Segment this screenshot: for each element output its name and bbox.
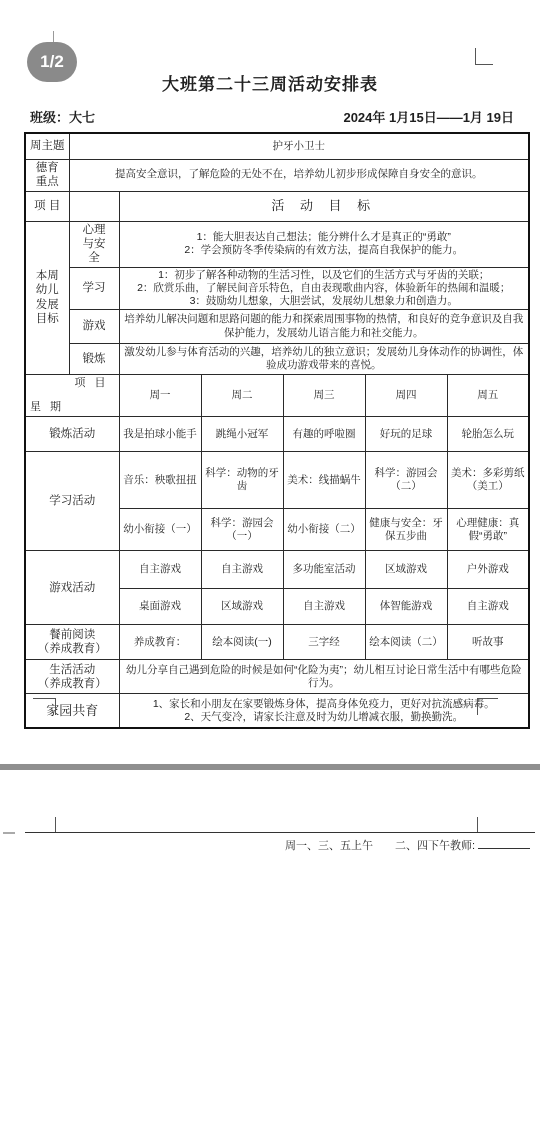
teacher-note-text: 周一、三、五上午 二、四下午教师: bbox=[285, 840, 475, 852]
learning2-cell-mon: 幼小衔接（一） bbox=[119, 509, 201, 551]
table-row: 德育 重点 提高安全意识，了解危险的无处不在，培养幼儿初步形成保障自身安全的意识… bbox=[25, 159, 529, 191]
pre-meal-reading-label: 餐前阅读 （养成教育） bbox=[25, 625, 119, 660]
page-indicator-badge: 1/2 bbox=[27, 42, 77, 82]
teacher-note: 周一、三、五上午 二、四下午教师: bbox=[285, 836, 530, 853]
games2-cell-wed: 自主游戏 bbox=[283, 589, 365, 625]
learning1-cell-mon: 音乐：秧歌扭扭 bbox=[119, 452, 201, 509]
table-row: 学习 1：初步了解各种动物的生活习性，以及它们的生活方式与牙齿的关联； 2：欣赏… bbox=[25, 267, 529, 309]
document-title: 大班第二十三周活动安排表 bbox=[0, 0, 540, 95]
corner-mark-top-right bbox=[475, 48, 493, 65]
margin-tick-right bbox=[477, 817, 478, 832]
home-cooperation-value: 1、家长和小朋友在家要锻炼身体，提高身体免疫力，更好对抗流感病毒。 2、天气变冷… bbox=[119, 694, 529, 728]
corner-mark-bottom-right bbox=[477, 698, 498, 715]
goal-category-games: 游戏 bbox=[69, 310, 119, 344]
goal-category-learning: 学习 bbox=[69, 267, 119, 309]
moral-focus-label: 德育 重点 bbox=[25, 159, 69, 191]
table-row: 餐前阅读 （养成教育） 养成教育： 绘本阅读(一) 三字经 绘本阅读（二） 听故… bbox=[25, 625, 529, 660]
reading-cell-mon: 养成教育： bbox=[119, 625, 201, 660]
date-range: 2024年 1月15日——1月 19日 bbox=[343, 107, 514, 126]
margin-tick-left bbox=[55, 817, 56, 832]
day-header-thursday: 周四 bbox=[365, 375, 447, 417]
life-activity-value: 幼儿分享自己遇到危险的时候是如何“化险为夷”；幼儿相互讨论日常生活中有哪些危险行… bbox=[119, 660, 529, 694]
life-activity-label: 生活活动 （养成教育） bbox=[25, 660, 119, 694]
games1-cell-fri: 户外游戏 bbox=[447, 551, 529, 589]
day-header-monday: 周一 bbox=[119, 375, 201, 417]
activity-goals-header: 活 动 目 标 bbox=[119, 191, 529, 221]
document-page-1: 1/2 大班第二十三周活动安排表 班级：大七 2024年 1月15日——1月 1… bbox=[0, 0, 540, 764]
exercise-cell-fri: 轮胎怎么玩 bbox=[447, 417, 529, 452]
learning2-cell-tue: 科学：游园会（一） bbox=[201, 509, 283, 551]
exercise-cell-mon: 我是拍球小能手 bbox=[119, 417, 201, 452]
goal-category-psych-safety: 心理 与安 全 bbox=[69, 221, 119, 267]
table-row: 周主题 护牙小卫士 bbox=[25, 133, 529, 159]
goal-content-psych-safety: 1：能大胆表达自己想法；能分辨什么才是真正的“勇敢” 2：学会预防冬季传染病的有… bbox=[119, 221, 529, 267]
learning2-cell-wed: 幼小衔接（二） bbox=[283, 509, 365, 551]
week-theme-label: 周主题 bbox=[25, 133, 69, 159]
games2-cell-tue: 区域游戏 bbox=[201, 589, 283, 625]
goal-category-exercise: 锻炼 bbox=[69, 344, 119, 375]
reading-cell-tue: 绘本阅读(一) bbox=[201, 625, 283, 660]
learning1-cell-fri: 美术：多彩剪纸（美工） bbox=[447, 452, 529, 509]
teacher-signature-line bbox=[478, 836, 530, 849]
class-name: 班级：大七 bbox=[30, 107, 95, 126]
game-activity-label: 游戏活动 bbox=[25, 551, 119, 625]
games1-cell-thu: 区域游戏 bbox=[365, 551, 447, 589]
corner-mark-bottom-left bbox=[33, 698, 56, 715]
table-row: 锻炼 激发幼儿参与体育活动的兴趣，培养幼儿的独立意识；发展幼儿身体动作的协调性，… bbox=[25, 344, 529, 375]
learning2-cell-fri: 心理健康：真假“勇敢” bbox=[447, 509, 529, 551]
project-week-corner-cell: 项 目 星 期 bbox=[25, 375, 119, 417]
exercise-cell-thu: 好玩的足球 bbox=[365, 417, 447, 452]
table-row: 项 目 星 期 周一 周二 周三 周四 周五 bbox=[25, 375, 529, 417]
corner-label-week: 星 期 bbox=[30, 401, 64, 415]
project-label: 项 目 bbox=[25, 191, 69, 221]
goal-content-games: 培养幼儿解决问题和思路问题的能力和探索周围事物的热情，和良好的竞争意识及自我保护… bbox=[119, 310, 529, 344]
table-row: 项 目 活 动 目 标 bbox=[25, 191, 529, 221]
reading-cell-wed: 三字经 bbox=[283, 625, 365, 660]
goal-content-learning: 1：初步了解各种动物的生活习性，以及它们的生活方式与牙齿的关联； 2：欣赏乐曲，… bbox=[119, 267, 529, 309]
table-row: 锻炼活动 我是拍球小能手 跳绳小冠军 有趣的呼啦圈 好玩的足球 轮胎怎么玩 bbox=[25, 417, 529, 452]
week-theme-value: 护牙小卫士 bbox=[69, 133, 529, 159]
table-row: 游戏活动 自主游戏 自主游戏 多功能室活动 区域游戏 户外游戏 bbox=[25, 551, 529, 589]
table-row: 生活活动 （养成教育） 幼儿分享自己遇到危险的时候是如何“化险为夷”；幼儿相互讨… bbox=[25, 660, 529, 694]
exercise-cell-tue: 跳绳小冠军 bbox=[201, 417, 283, 452]
games2-cell-thu: 体智能游戏 bbox=[365, 589, 447, 625]
page-indicator-label: 1/2 bbox=[40, 52, 64, 72]
games2-cell-fri: 自主游戏 bbox=[447, 589, 529, 625]
goal-content-exercise: 激发幼儿参与体育活动的兴趣，培养幼儿的独立意识；发展幼儿身体动作的协调性，体验成… bbox=[119, 344, 529, 375]
learning1-cell-thu: 科学：游园会（二） bbox=[365, 452, 447, 509]
day-header-friday: 周五 bbox=[447, 375, 529, 417]
games2-cell-mon: 桌面游戏 bbox=[119, 589, 201, 625]
learning1-cell-tue: 科学：动物的牙齿 bbox=[201, 452, 283, 509]
table-row: 学习活动 音乐：秧歌扭扭 科学：动物的牙齿 美术：线描蜗牛 科学：游园会（二） … bbox=[25, 452, 529, 509]
moral-focus-value: 提高安全意识，了解危险的无处不在，培养幼儿初步形成保障自身安全的意识。 bbox=[69, 159, 529, 191]
exercise-cell-wed: 有趣的呼啦圈 bbox=[283, 417, 365, 452]
day-header-tuesday: 周二 bbox=[201, 375, 283, 417]
table-row: 家园共育 1、家长和小朋友在家要锻炼身体，提高身体免疫力，更好对抗流感病毒。 2… bbox=[25, 694, 529, 728]
rule-left-tick bbox=[3, 832, 15, 834]
day-header-wednesday: 周三 bbox=[283, 375, 365, 417]
document-page-2: 周一、三、五上午 二、四下午教师: bbox=[0, 770, 540, 1122]
table-row: 本周 幼儿 发展 目标 心理 与安 全 1：能大胆表达自己想法；能分辨什么才是真… bbox=[25, 221, 529, 267]
learning-activity-label: 学习活动 bbox=[25, 452, 119, 551]
footnote-separator-line bbox=[25, 832, 535, 833]
learning1-cell-wed: 美术：线描蜗牛 bbox=[283, 452, 365, 509]
class-date-row: 班级：大七 2024年 1月15日——1月 19日 bbox=[0, 95, 540, 132]
development-goals-label: 本周 幼儿 发展 目标 bbox=[25, 221, 69, 375]
games1-cell-wed: 多功能室活动 bbox=[283, 551, 365, 589]
empty-cell bbox=[69, 191, 119, 221]
learning2-cell-thu: 健康与安全：牙保五步曲 bbox=[365, 509, 447, 551]
reading-cell-thu: 绘本阅读（二） bbox=[365, 625, 447, 660]
weekly-schedule-table: 周主题 护牙小卫士 德育 重点 提高安全意识，了解危险的无处不在，培养幼儿初步形… bbox=[24, 132, 530, 729]
exercise-activity-label: 锻炼活动 bbox=[25, 417, 119, 452]
reading-cell-fri: 听故事 bbox=[447, 625, 529, 660]
games1-cell-mon: 自主游戏 bbox=[119, 551, 201, 589]
table-row: 游戏 培养幼儿解决问题和思路问题的能力和探索周围事物的热情，和良好的竞争意识及自… bbox=[25, 310, 529, 344]
corner-label-project: 项 目 bbox=[74, 377, 108, 391]
games1-cell-tue: 自主游戏 bbox=[201, 551, 283, 589]
